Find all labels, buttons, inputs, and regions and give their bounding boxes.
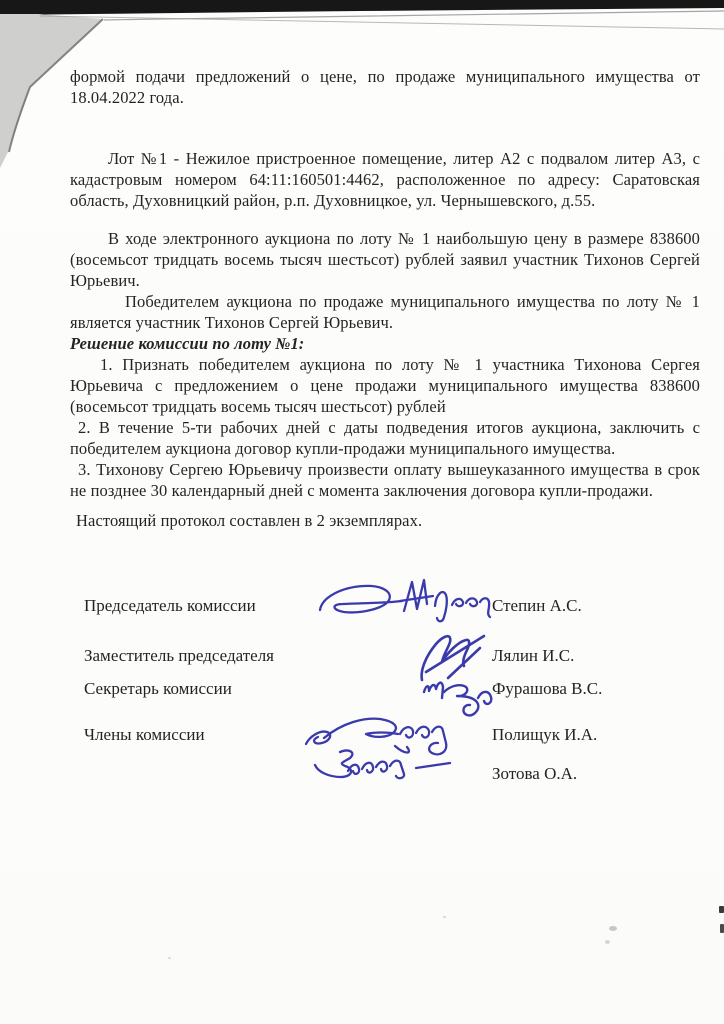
signature-role: Члены комиссии — [84, 725, 205, 745]
scanned-document-page: формой подачи предложений о цене, по про… — [0, 0, 724, 1024]
scan-speck — [168, 957, 171, 959]
signature-name: Зотова О.А. — [492, 764, 577, 784]
paragraph-lot-description: Лот №1 - Нежилое пристроенное помещение,… — [70, 148, 700, 211]
scanner-glass-line — [40, 16, 724, 29]
scan-speck — [609, 926, 617, 931]
page-top-edge-line — [104, 11, 724, 20]
scan-speck — [605, 940, 610, 944]
scan-speck — [443, 916, 446, 918]
signature-name: Степин А.С. — [492, 596, 582, 616]
signature-role: Председатель комиссии — [84, 596, 256, 616]
signature-row-deputy: Заместитель председателя Лялин И.С. — [0, 646, 724, 668]
scan-speck — [719, 906, 724, 913]
signature-role: Заместитель председателя — [84, 646, 274, 666]
decision-heading: Решение комиссии по лоту №1: — [70, 333, 700, 354]
paragraph-continuation: формой подачи предложений о цене, по про… — [70, 66, 700, 108]
paragraph-winner: Победителем аукциона по продаже муниципа… — [70, 291, 700, 333]
signature-name: Лялин И.С. — [492, 646, 574, 666]
signature-row-chairman: Председатель комиссии Степин А.С. — [0, 596, 724, 618]
signature-row-member-1: Члены комиссии Полищук И.А. — [0, 725, 724, 747]
scanner-bar — [0, 0, 724, 15]
signature-row-member-2: Зотова О.А. — [0, 764, 724, 786]
signature-name: Полищук И.А. — [492, 725, 597, 745]
document-body: формой подачи предложений о цене, по про… — [70, 66, 700, 531]
paragraph-auction-result: В ходе электронного аукциона по лоту № 1… — [70, 228, 700, 291]
scan-speck — [720, 924, 724, 933]
signature-name: Фурашова В.С. — [492, 679, 602, 699]
signature-row-secretary: Секретарь комиссии Фурашова В.С. — [0, 679, 724, 701]
signature-role: Секретарь комиссии — [84, 679, 232, 699]
decision-item-2: 2. В течение 5-ти рабочих дней с даты по… — [70, 417, 700, 459]
decision-item-3: 3. Тихонову Сергею Юрьевичу произвести о… — [70, 459, 700, 501]
closing-statement: Настоящий протокол составлен в 2 экземпл… — [70, 510, 700, 531]
decision-item-1: 1. Признать победителем аукциона по лоту… — [70, 354, 700, 417]
